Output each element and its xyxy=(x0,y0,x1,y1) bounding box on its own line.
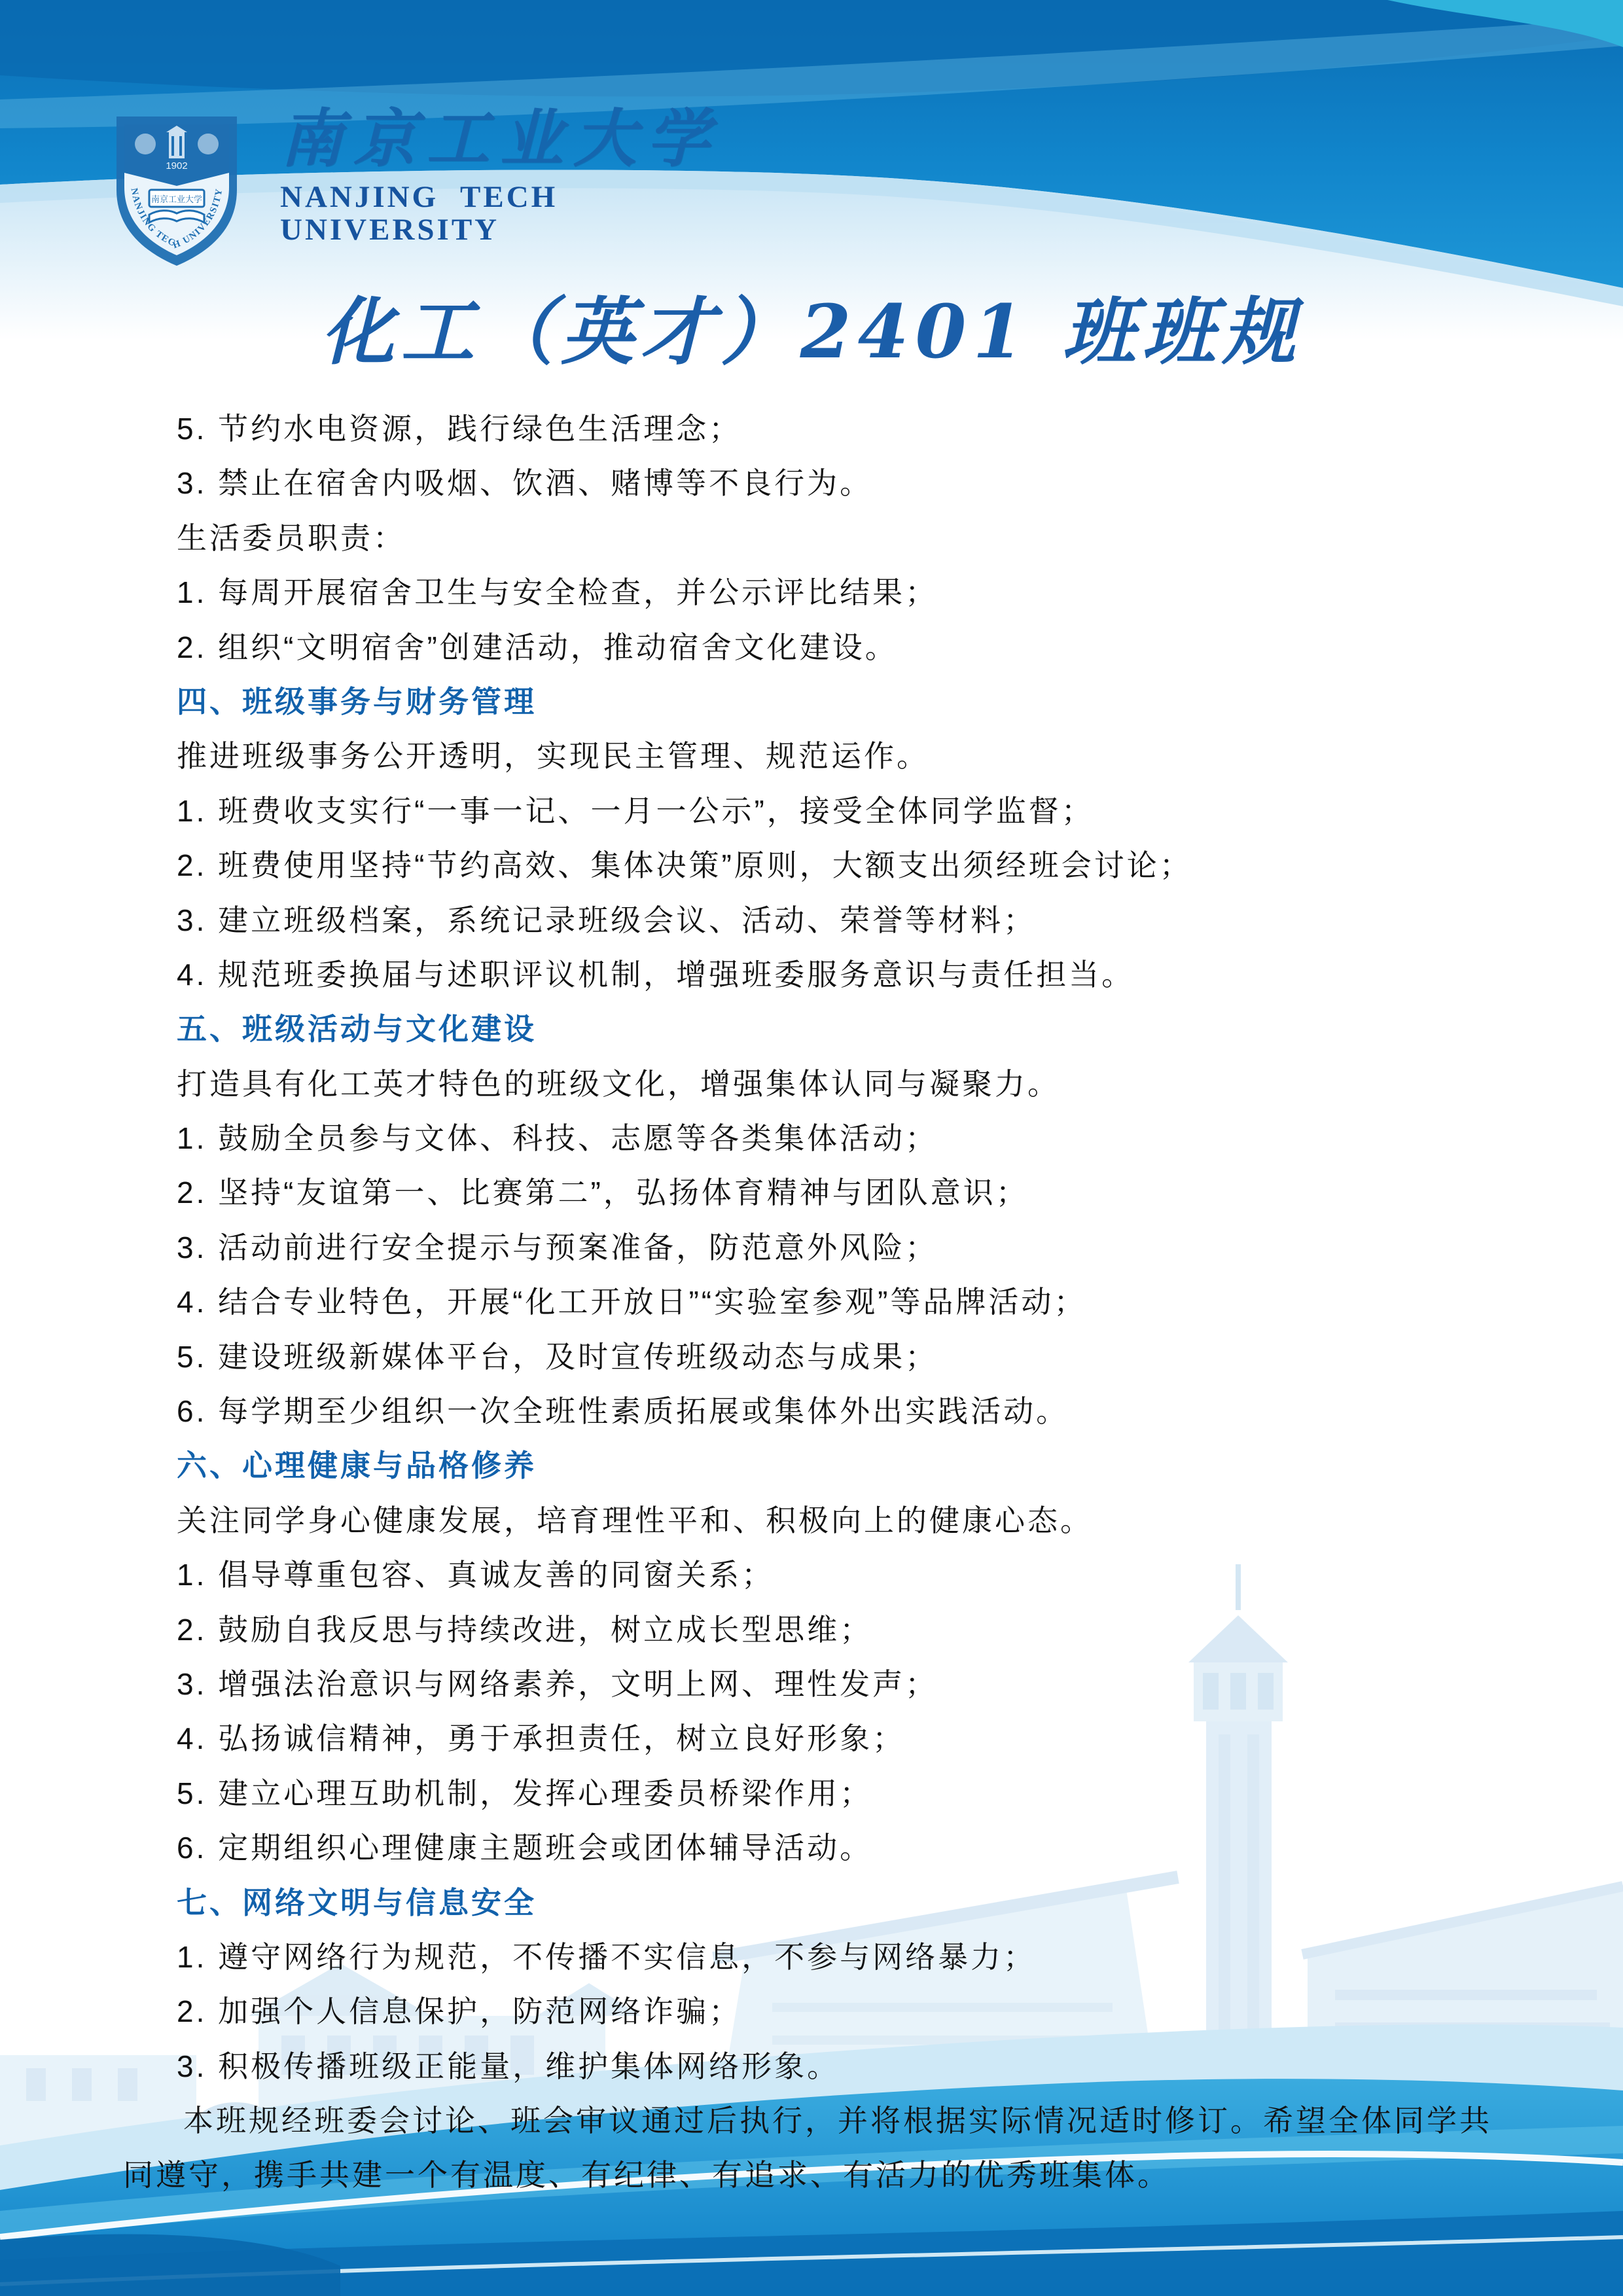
svg-text:1902: 1902 xyxy=(166,160,187,171)
university-emblem-icon: 1902 南京工业大学 NANJING TECH UNIVERSITY xyxy=(111,113,242,270)
rule-line: 1. 鼓励全员参与文体、科技、志愿等各类集体活动； xyxy=(177,1111,1472,1166)
rule-line: 6. 每学期至少组织一次全班性素质拓展或集体外出实践活动。 xyxy=(177,1384,1472,1439)
rule-line: 4. 规范班委换届与述职评议机制，增强班委服务意识与责任担当。 xyxy=(177,948,1472,1002)
page-title: 化工（英才）2401 班班规 xyxy=(0,287,1623,378)
rule-line: 打造具有化工英才特色的班级文化，增强集体认同与凝聚力。 xyxy=(177,1057,1472,1111)
rule-line: 2. 班费使用坚持“节约高效、集体决策”原则，大额支出须经班会讨论； xyxy=(177,838,1472,893)
rule-line: 5. 建立心理互助机制，发挥心理委员桥梁作用； xyxy=(177,1767,1472,1821)
rule-line: 5. 建设班级新媒体平台，及时宣传班级动态与成果； xyxy=(177,1330,1472,1384)
class-rules-poster: 1902 南京工业大学 NANJING TECH UNIVERSITY 南京工业… xyxy=(0,0,1623,2296)
section-heading: 四、班级事务与财务管理 xyxy=(177,675,1472,729)
rule-line: 3. 建立班级档案，系统记录班级会议、活动、荣誉等材料； xyxy=(177,893,1472,948)
rule-line: 5. 节约水电资源，践行绿色生活理念； xyxy=(177,402,1472,456)
svg-text:南京工业大学: 南京工业大学 xyxy=(151,194,202,204)
section-heading: 五、班级活动与文化建设 xyxy=(177,1002,1472,1056)
rule-line: 推进班级事务公开透明，实现民主管理、规范运作。 xyxy=(177,729,1472,783)
rule-line: 1. 遵守网络行为规范，不传播不实信息，不参与网络暴力； xyxy=(177,1930,1472,1984)
rule-line: 1. 倡导尊重包容、真诚友善的同窗关系； xyxy=(177,1548,1472,1602)
university-name-en-line2: UNIVERSITY xyxy=(280,213,720,246)
rule-line: 3. 禁止在宿舍内吸烟、饮酒、赌博等不良行为。 xyxy=(177,456,1472,511)
rule-line: 4. 弘扬诚信精神，勇于承担责任，树立良好形象； xyxy=(177,1712,1472,1766)
rule-line: 2. 鼓励自我反思与持续改进，树立成长型思维； xyxy=(177,1603,1472,1657)
rule-line: 2. 加强个人信息保护，防范网络诈骗； xyxy=(177,1984,1472,2039)
rule-line: 3. 积极传播班级正能量，维护集体网络形象。 xyxy=(177,2039,1472,2094)
section-heading: 六、心理健康与品格修养 xyxy=(177,1439,1472,1493)
rule-line: 1. 每周开展宿舍卫生与安全检查，并公示评比结果； xyxy=(177,565,1472,620)
university-name-en-line1: NANJING TECH xyxy=(280,181,720,213)
rule-line: 1. 班费收支实行“一事一记、一月一公示”，接受全体同学监督； xyxy=(177,784,1472,838)
rule-line: 3. 活动前进行安全提示与预案准备，防范意外风险； xyxy=(177,1221,1472,1275)
rule-line: 同遵守，携手共建一个有温度、有纪律、有追求、有活力的优秀班集体。 xyxy=(123,2148,1537,2202)
university-brand: 1902 南京工业大学 NANJING TECH UNIVERSITY 南京工业… xyxy=(111,105,720,270)
rules-body: 5. 节约水电资源，践行绿色生活理念；3. 禁止在宿舍内吸烟、饮酒、赌博等不良行… xyxy=(177,402,1472,2094)
rule-line: 3. 增强法治意识与网络素养，文明上网、理性发声； xyxy=(177,1657,1472,1712)
rule-line: 4. 结合专业特色，开展“化工开放日”“实验室参观”等品牌活动； xyxy=(177,1275,1472,1329)
rule-line: 关注同学身心健康发展，培育理性平和、积极向上的健康心态。 xyxy=(177,1494,1472,1548)
closing-paragraph: 本班规经班委会讨论、班会审议通过后执行，并将根据实际情况适时修订。希望全体同学共… xyxy=(123,2094,1537,2203)
university-name-block: 南京工业大学 NANJING TECH UNIVERSITY xyxy=(280,105,720,270)
rule-line: 生活委员职责： xyxy=(177,511,1472,565)
rule-line: 2. 坚持“友谊第一、比赛第二”，弘扬体育精神与团队意识； xyxy=(177,1166,1472,1220)
university-name-cn: 南京工业大学 xyxy=(280,105,720,173)
rule-line: 2. 组织“文明宿舍”创建活动，推动宿舍文化建设。 xyxy=(177,620,1472,675)
rule-line: 本班规经班委会讨论、班会审议通过后执行，并将根据实际情况适时修订。希望全体同学共 xyxy=(123,2094,1537,2148)
section-heading: 七、网络文明与信息安全 xyxy=(177,1876,1472,1930)
rule-line: 6. 定期组织心理健康主题班会或团体辅导活动。 xyxy=(177,1821,1472,1875)
